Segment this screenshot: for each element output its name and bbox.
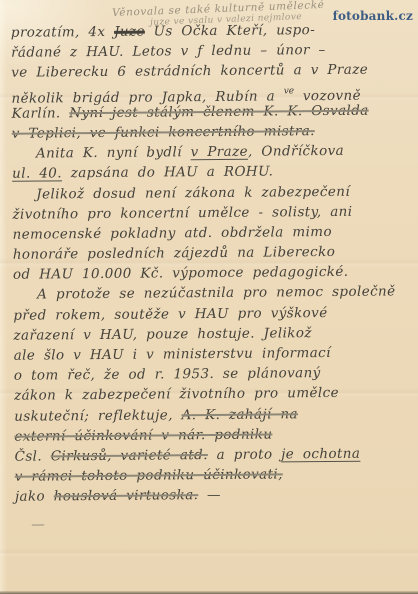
text-segment: je ochotna xyxy=(281,446,360,463)
text-segment: Jelikož dosud není zákona k zabezpečení xyxy=(36,183,350,202)
scanned-letter-page: fotobank.cz Věnovala se také kulturně um… xyxy=(0,0,418,594)
text-segment: v Praze xyxy=(190,144,248,161)
text-segment: zapsána do HAU a ROHU. xyxy=(62,164,273,182)
text-segment: A protože se nezúčastnila pro nemoc spol… xyxy=(37,284,396,303)
closing-dash: — xyxy=(15,511,416,535)
text-segment: Čsl. xyxy=(14,448,50,464)
text-segment: externí účinkování v nár. podniku xyxy=(14,426,272,444)
text-segment: honoráře posledních zájezdů na Liberecko xyxy=(13,244,336,263)
text-segment: před rokem, soutěže v HAU pro výškové xyxy=(13,305,327,324)
text-segment: životního pro koncertní umělce - solisty… xyxy=(12,203,352,222)
text-segment: Karlín. xyxy=(11,105,69,122)
text-segment: , Ondříčkova xyxy=(248,143,344,160)
text-segment: Anita K. nyní bydlí xyxy=(36,144,191,161)
text-segment: uskuteční; reflektuje, xyxy=(14,407,181,424)
text-segment: zařazení v HAU, pouze hostuje. Jelikož xyxy=(13,325,312,344)
text-segment: v Teplici, ve funkci koncertního mistra. xyxy=(12,123,315,142)
manuscript-line: jako houslová virtuoska. — xyxy=(15,484,416,508)
text-segment: houslová virtuoska. xyxy=(54,487,199,504)
text-segment: Nyní jest stálým členem K. K. Osvalda xyxy=(69,102,369,121)
text-segment: v rámci tohoto podniku účinkovati, xyxy=(15,467,283,485)
manuscript-line: Čsl. Cirkusů, varieté atd. a proto je oc… xyxy=(14,443,415,467)
text-segment: Us Očka Kteří, uspo- xyxy=(145,22,315,39)
text-segment: Juze xyxy=(114,24,145,40)
text-segment: ul. 40. xyxy=(12,166,62,182)
text-segment: o tom řeč, že od r. 1953. se plánovaný xyxy=(14,365,321,384)
text-segment: A. K. zahájí na xyxy=(181,406,298,423)
manuscript-line: Karlín. Nyní jest stálým členem K. K. Os… xyxy=(11,100,412,124)
text-segment: jako xyxy=(15,489,54,505)
manuscript: prozatím, 4x Juze Us Očka Kteří, uspo-řá… xyxy=(11,19,416,534)
text-segment: a proto xyxy=(208,446,281,463)
text-segment: Cirkusů, varieté atd. xyxy=(51,447,208,464)
text-segment: řádané z HAU. Letos v ƒ lednu – únor – xyxy=(11,42,326,61)
text-segment: — xyxy=(198,487,221,503)
text-segment: zákon k zabezpečení životního pro umělce xyxy=(14,385,339,404)
paper-crease xyxy=(0,548,418,558)
text-segment: prozatím, 4x xyxy=(11,24,114,41)
text-segment: od HAU 10.000 Kč. výpomoce pedagogické. xyxy=(13,264,349,283)
manuscript-line: A protože se nezúčastnila pro nemoc spol… xyxy=(13,282,414,306)
text-segment: ale šlo v HAU i v ministerstvu informací xyxy=(14,345,331,364)
text-segment: ve xyxy=(284,86,295,96)
text-segment: nemocenské pokladny atd. obdržela mimo xyxy=(13,224,333,243)
text-segment: ve Liberecku 6 estrádních koncertů a v P… xyxy=(11,62,368,81)
